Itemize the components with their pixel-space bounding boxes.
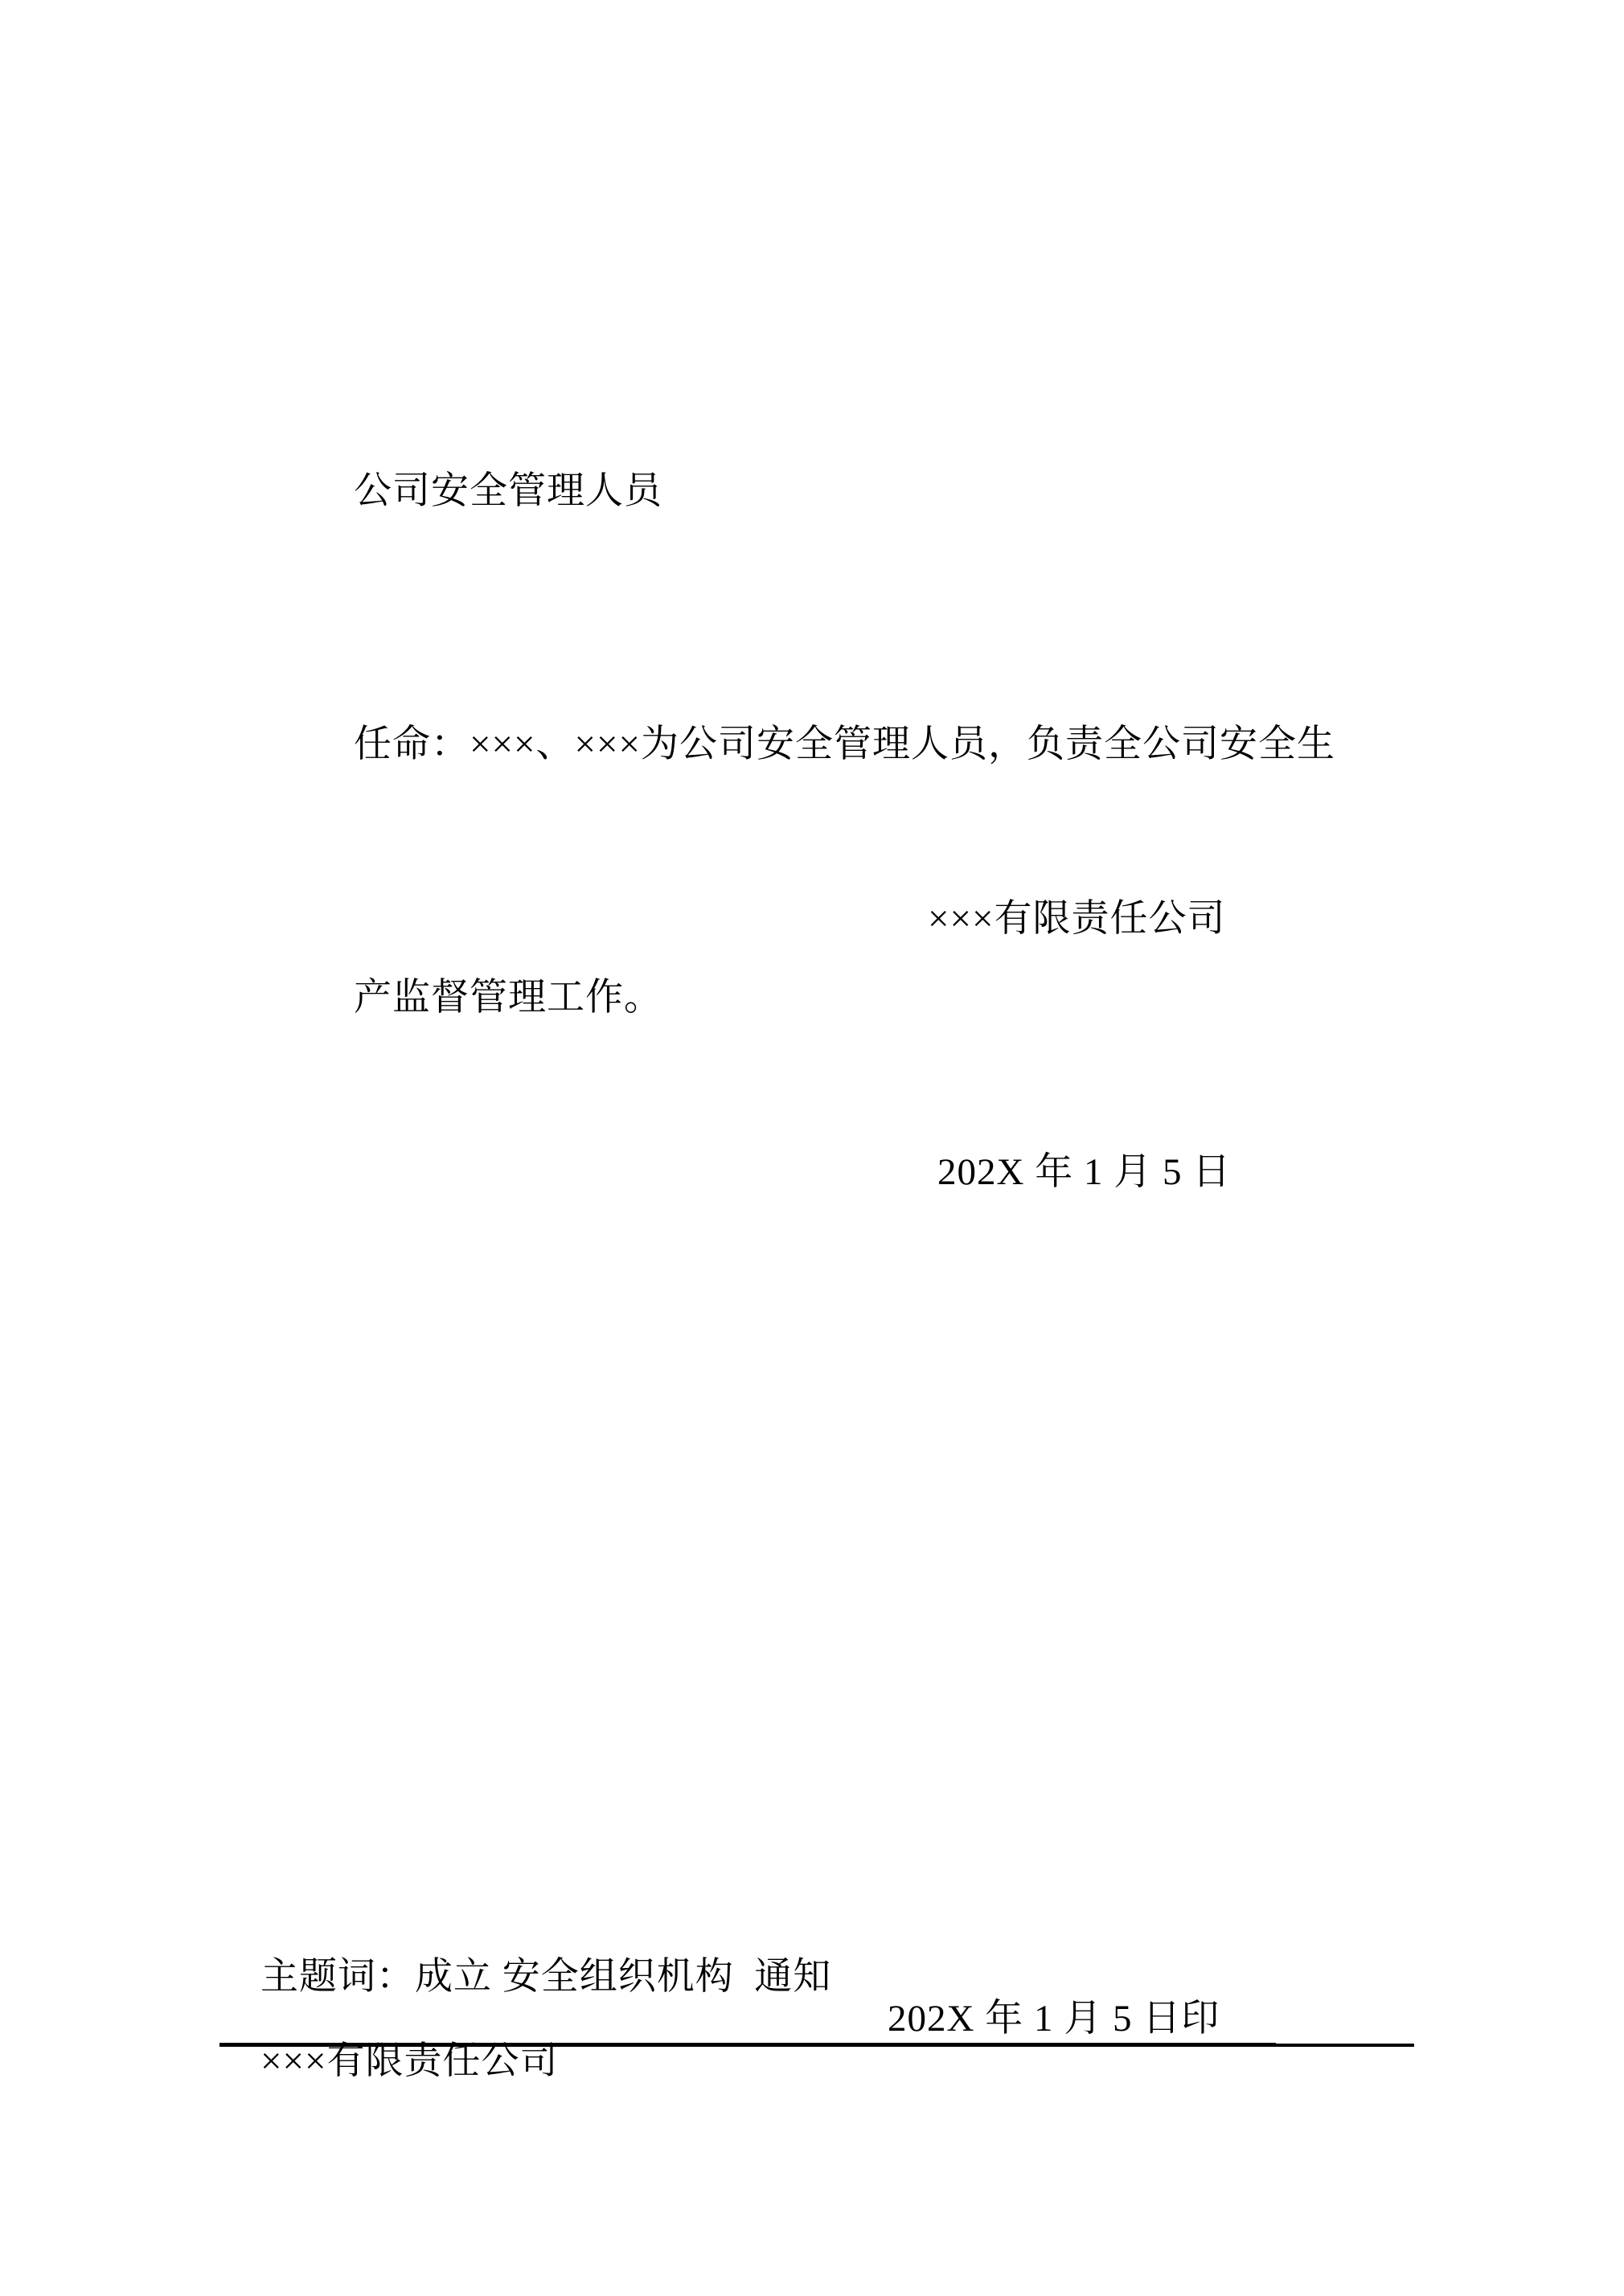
footer-print-date: 202X 年 1 月 5 日印 <box>888 1998 1220 2040</box>
footer-issue-row: ×××有限责任公司 202X 年 1 月 5 日印 <box>219 1998 1276 2046</box>
signature-block: ×××有限责任公司 202X 年 1 月 5 日 <box>928 708 1231 1384</box>
footer-issuer: ×××有限责任公司 <box>260 2040 559 2082</box>
signature-company: ×××有限责任公司 <box>928 877 1231 961</box>
signature-date: 202X 年 1 月 5 日 <box>928 1130 1231 1215</box>
footer-subject-line: 主题词：成立 安全组织机构 通知 <box>260 1956 831 1998</box>
document-page: 公司安全管理人员 任命：×××、×××为公司安全管理人员，负责全公司安全生 产监… <box>0 0 1624 2296</box>
body-line-1: 公司安全管理人员 <box>354 449 1335 534</box>
